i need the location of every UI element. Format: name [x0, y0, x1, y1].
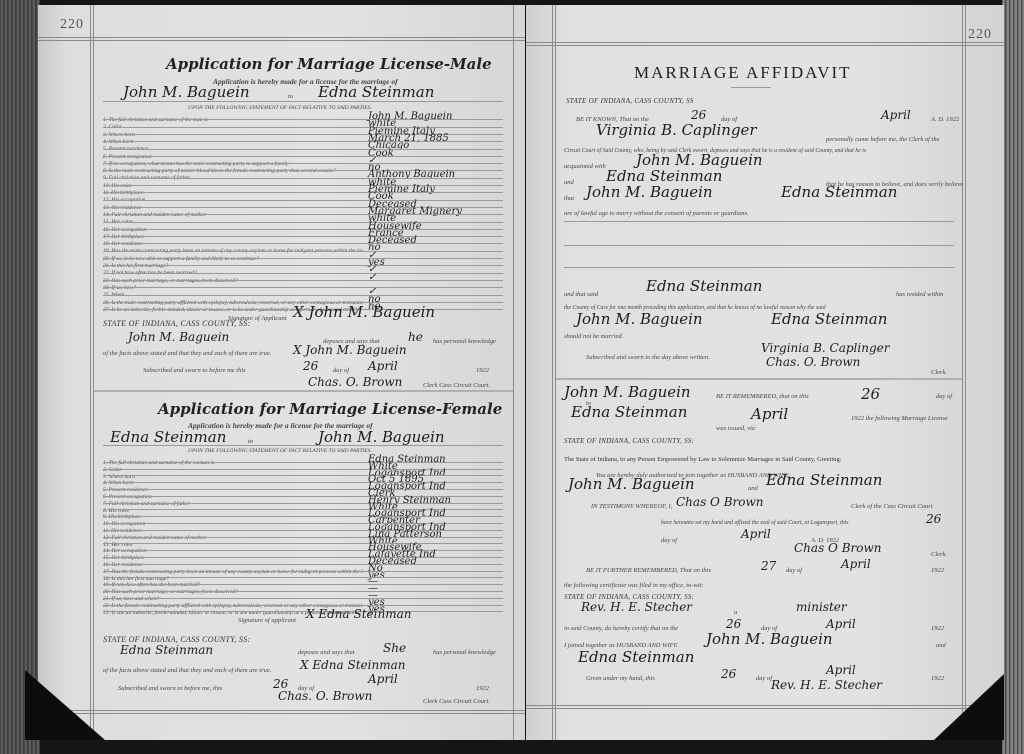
seal-month: April	[741, 527, 771, 541]
line	[564, 221, 954, 222]
line	[103, 185, 503, 186]
bride: Edna Steinman	[771, 310, 887, 328]
clerk-signature: Chas. O. Brown	[766, 355, 860, 369]
officiant: Rev. H. E. Stecher	[581, 600, 692, 614]
female-party1: Edna Steinman	[110, 428, 226, 446]
right-page: 220 MARRIAGE AFFIDAVIT STATE OF INDIANA,…	[526, 5, 1004, 740]
line	[564, 267, 954, 268]
testimony-text: IN TESTIMONY WHEREOF, I,	[591, 503, 672, 510]
seal-text: have hereunto set my hand and affixed th…	[661, 520, 849, 526]
line	[103, 577, 503, 578]
page-rule	[526, 45, 1004, 46]
year: 1922	[476, 685, 489, 692]
given-day: 26	[721, 667, 736, 681]
line	[103, 537, 503, 538]
margin-groom: John M. Baguein	[564, 383, 691, 401]
day-of-label: day of	[936, 393, 952, 400]
line	[103, 119, 503, 120]
subscribed-text: Subscribed and sworn to before me this	[143, 367, 246, 374]
line	[103, 591, 503, 592]
line	[103, 287, 503, 288]
margin-bride: Edna Steinman	[571, 403, 687, 421]
applicant-signature: X Edna Steinman	[306, 607, 411, 621]
resided-text: has resided within	[896, 291, 943, 298]
male-application-title: Application for Marriage License-Male	[166, 55, 492, 73]
signature-label: Signature of applicant	[238, 617, 296, 624]
day: 26	[726, 617, 741, 631]
left-page: 220 Application for Marriage License-Mal…	[38, 5, 525, 740]
line	[103, 605, 503, 606]
clerk-label: Clerk.	[931, 369, 947, 376]
knowledge-text: has personal knowledge	[433, 649, 496, 656]
groom: John M. Baguein	[568, 475, 695, 493]
filed-text: the following certificate was filed in m…	[564, 582, 704, 589]
day: 26	[691, 108, 706, 122]
oath-signature: X John M. Baguein	[293, 343, 407, 357]
page-rule	[526, 705, 1004, 706]
line	[103, 214, 503, 215]
day: 26	[303, 359, 318, 373]
line	[103, 141, 503, 142]
male-party2: Edna Steinman	[318, 83, 434, 101]
affidavit-title: MARRIAGE AFFIDAVIT	[634, 63, 852, 83]
given-day-label: day of	[756, 675, 772, 682]
given-month: April	[826, 663, 856, 677]
acquainted-label: acquainted with	[564, 163, 606, 170]
statement: UPON THE FOLLOWING STATEMENT OF FACT REL…	[188, 448, 372, 454]
page-rule	[526, 42, 1004, 43]
month: April	[751, 405, 788, 423]
line	[103, 156, 503, 157]
female-application-title: Application for Marriage License-Female	[158, 400, 502, 418]
page-rule	[38, 713, 525, 714]
clerk-of-text: Clerk of the Cass Circuit Court	[851, 503, 933, 510]
affiant-signature: Virginia B. Caplinger	[761, 341, 889, 355]
state-header: STATE OF INDIANA, CASS COUNTY, SS:	[564, 437, 694, 445]
state-header: STATE OF INDIANA, CASS COUNTY, SS	[566, 97, 694, 105]
page-rule	[513, 5, 514, 740]
facts-text: of the facts above stated and that they …	[103, 350, 271, 357]
clerk: Chas O Brown	[676, 495, 763, 509]
field-value: ✓	[368, 272, 376, 283]
line	[103, 243, 503, 244]
groom: John M. Baguein	[586, 183, 713, 201]
given-text: Given under my hand, this	[586, 675, 655, 682]
not-married-text: should not be married.	[564, 333, 623, 340]
line	[103, 200, 503, 201]
month: April	[368, 359, 398, 373]
title-underline	[731, 87, 771, 88]
deposes-text: deposes and says that	[298, 649, 355, 656]
line	[103, 178, 503, 179]
page-number: 220	[968, 27, 992, 43]
page-rule	[552, 5, 553, 740]
officiant-signature: Rev. H. E. Stecher	[771, 678, 882, 692]
book-edge-left	[0, 0, 40, 754]
line	[103, 236, 503, 237]
section-divider	[94, 390, 513, 392]
line	[103, 543, 503, 544]
to-label: to	[288, 93, 293, 100]
page-rule	[526, 708, 1004, 709]
book-edge-right	[1002, 0, 1024, 754]
line	[103, 550, 503, 551]
line	[103, 251, 503, 252]
page-rule	[965, 5, 966, 740]
and-label: and	[564, 179, 574, 186]
groom: John M. Baguein	[576, 310, 703, 328]
line	[103, 149, 503, 150]
further-day-label: day of	[786, 567, 802, 574]
line	[103, 295, 503, 296]
page-rule	[93, 5, 94, 740]
line	[103, 192, 503, 193]
resident-party: Edna Steinman	[646, 277, 762, 295]
line	[103, 571, 503, 572]
line	[103, 445, 503, 446]
remembered-text: BE IT REMEMBERED, that on this	[716, 393, 809, 400]
seal-day-label: day of	[661, 537, 677, 544]
bride: Edna Steinman	[781, 183, 897, 201]
year-text: 1922 the following Marriage License	[851, 415, 948, 422]
deponent: John M. Baguein	[128, 330, 229, 344]
line	[103, 127, 503, 128]
line	[103, 598, 503, 599]
to-label: to	[248, 438, 253, 445]
further-month: April	[841, 557, 871, 571]
photo-corner-shadow	[25, 670, 105, 740]
clerk-signature: Chas. O. Brown	[308, 375, 402, 389]
line	[103, 222, 503, 223]
page-rule	[38, 37, 525, 38]
line	[103, 557, 503, 558]
year: 1922	[476, 367, 489, 374]
oath-signature: X Edna Steinman	[300, 658, 405, 672]
greeting: The State of Indiana, to any Person Empo…	[564, 456, 842, 463]
certify-text: in said County, do hereby certify that o…	[564, 625, 678, 632]
further-day: 27	[761, 559, 776, 573]
line	[103, 101, 503, 102]
issued-text: was issued, viz:	[716, 425, 757, 432]
clerk-label: Clerk.	[931, 551, 947, 558]
pronoun: he	[408, 330, 423, 344]
page-rule	[90, 5, 91, 740]
line	[103, 273, 503, 274]
subscribed-text: Subscribed and sworn to before me, this	[118, 685, 222, 692]
line	[103, 265, 503, 266]
clerk-signature: Chas. O. Brown	[278, 689, 372, 703]
appeared-text: personally came before me, the Clerk of …	[826, 136, 939, 143]
groom: John M. Baguein	[706, 630, 833, 648]
line	[103, 462, 503, 463]
page-rule	[555, 5, 556, 740]
lawful-text: are of lawful age to marry without the c…	[564, 210, 749, 217]
line	[103, 503, 503, 504]
applicant-signature: X John M. Baguein	[293, 303, 435, 321]
page-rule	[38, 710, 525, 711]
line	[103, 564, 503, 565]
male-party1: John M. Baguein	[123, 83, 250, 101]
further-text: BE IT FURTHER REMEMBERED, That on this	[586, 567, 711, 574]
role: minister	[796, 600, 847, 614]
pronoun: She	[383, 641, 406, 655]
deponent: Edna Steinman	[120, 643, 213, 657]
month: April	[881, 108, 911, 122]
line	[103, 584, 503, 585]
subscribed-text: Subscribed and sworn to the day above wr…	[586, 354, 710, 361]
and-that-said: and that said	[564, 291, 598, 298]
clerk-label: Clerk Cass Circuit Court.	[423, 698, 490, 705]
and-label: and	[748, 485, 758, 492]
statement: UPON THE FOLLOWING STATEMENT OF FACT REL…	[188, 105, 372, 111]
page-rule	[38, 40, 525, 41]
page-rule	[962, 5, 963, 740]
day: 26	[861, 385, 880, 403]
line	[103, 516, 503, 517]
further-year: 1922	[931, 567, 944, 574]
affiant: Virginia B. Caplinger	[596, 121, 757, 139]
line	[103, 229, 503, 230]
line	[103, 611, 503, 612]
line	[103, 489, 503, 490]
day-of-label: day of	[333, 367, 349, 374]
bride: Edna Steinman	[578, 648, 694, 666]
section-divider	[556, 378, 962, 380]
page-number: 220	[60, 17, 84, 33]
year: 1922	[931, 625, 944, 632]
month: April	[826, 617, 856, 631]
seal-day: 26	[926, 512, 941, 526]
state-header: STATE OF INDIANA, CASS COUNTY, SS:	[103, 319, 250, 328]
line	[103, 258, 503, 259]
line	[103, 280, 503, 281]
photo-corner-shadow	[934, 674, 1004, 740]
female-party2: John M. Baguein	[318, 428, 445, 446]
line	[103, 530, 503, 531]
month: April	[368, 672, 398, 686]
that-label: that	[564, 195, 574, 202]
and-label: and	[936, 642, 946, 649]
knowledge-text: has personal knowledge	[433, 338, 496, 345]
line	[103, 475, 503, 476]
ad-label: A. D. 1922	[931, 116, 959, 123]
line	[564, 245, 954, 246]
a-label: a	[734, 609, 737, 616]
clerk-label: Clerk Cass Circuit Court.	[423, 382, 490, 389]
line	[103, 163, 503, 164]
bride: Edna Steinman	[766, 471, 882, 489]
clerk-signature: Chas O Brown	[794, 541, 881, 555]
facts-text: of the facts above stated and that they …	[103, 667, 271, 674]
